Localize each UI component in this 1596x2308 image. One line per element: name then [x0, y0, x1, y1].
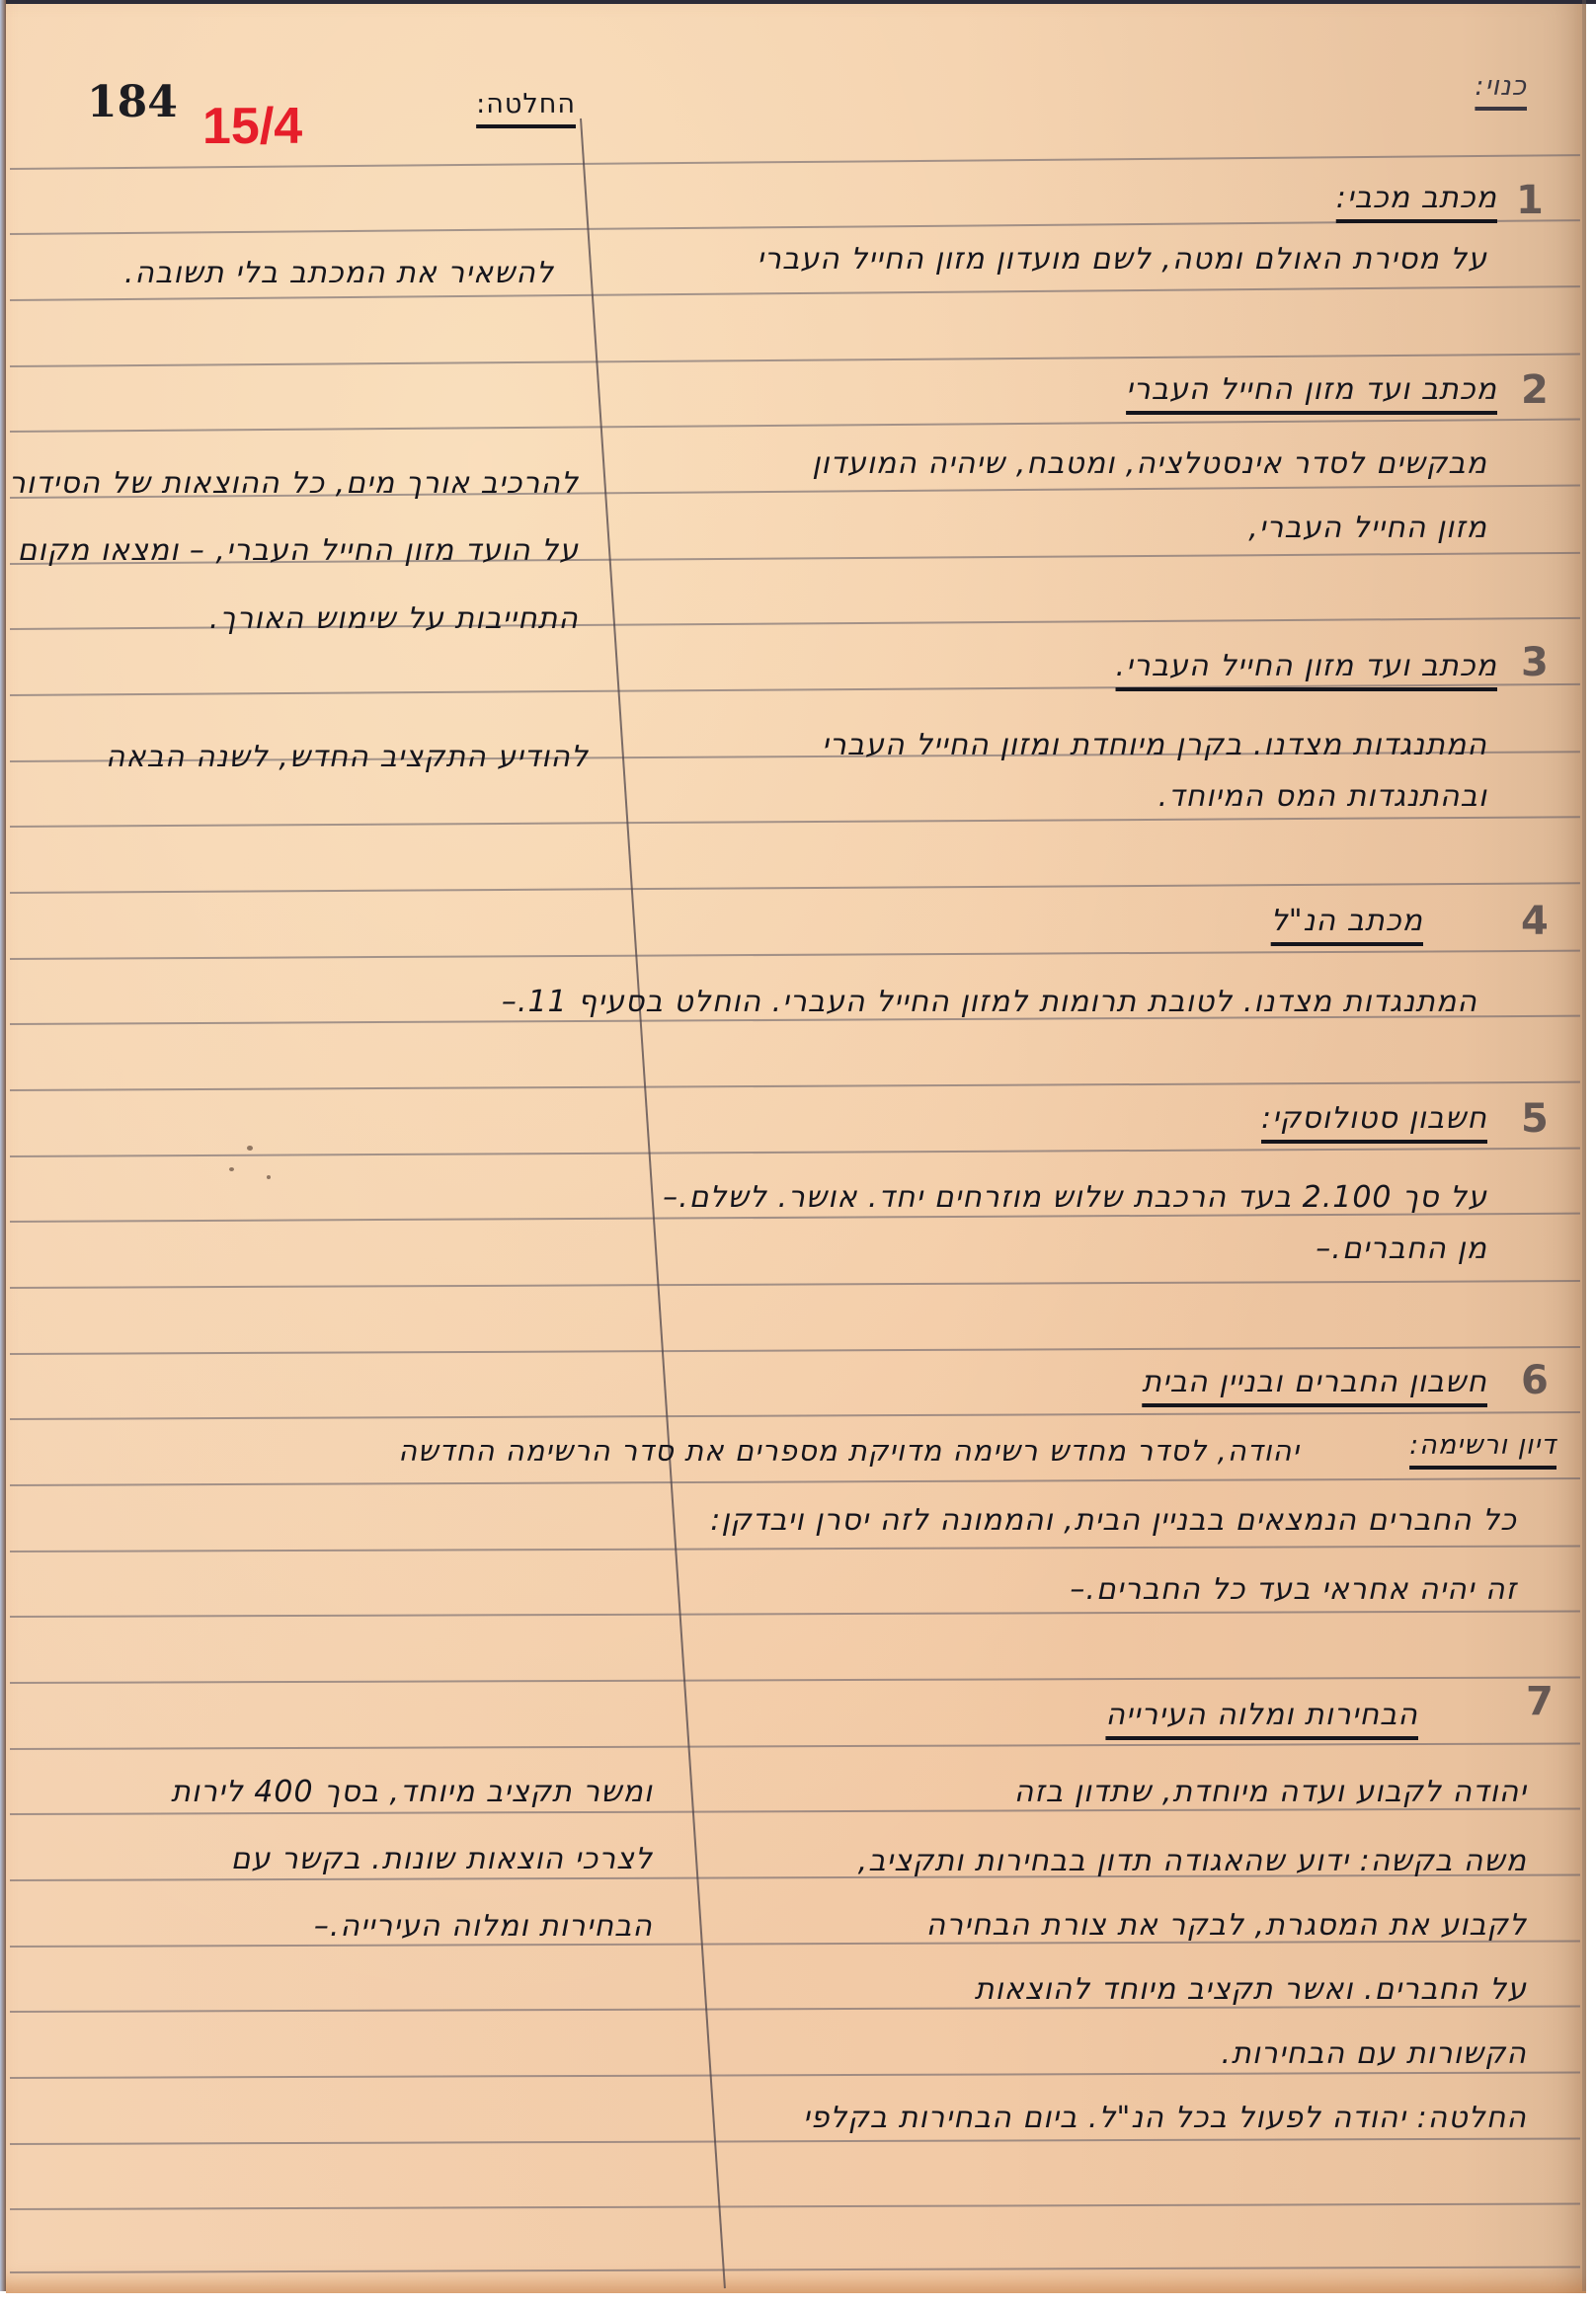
item-body-line: ובהתנגדות המס המיוחד. — [1158, 782, 1487, 812]
item-body-line: יהודה, לסדר מחדש רשימה מדויקת מספרים את … — [398, 1437, 1300, 1466]
item-title: מכתב ועד מזון החייל העברי. — [1116, 652, 1497, 681]
item-decision-line: להרכיב אורך מים, כל ההוצאות של הסידור — [9, 469, 579, 499]
ink-speck — [267, 1175, 271, 1179]
item-number: 7 — [1526, 1679, 1554, 1724]
item-decision-line: הבחירות ומלוה העירייה.– — [314, 1912, 653, 1942]
item-body-line: על סך 2.100 בעד הרכבת שלוש מוזרחים יחד. … — [663, 1183, 1487, 1213]
item-body-line: על החברים. ואשר תקציב מיוחד להוצאות — [975, 1975, 1527, 2005]
item-number: 6 — [1521, 1358, 1549, 1403]
page-number: 184 — [87, 77, 178, 127]
item-label: דיון ורשימה: — [1409, 1432, 1556, 1459]
item-body-line: הקשורות עם הבחירות. — [1221, 2039, 1527, 2069]
item-body-line: זה יהיה אחראי בעד כל החברים.– — [1070, 1575, 1517, 1605]
item-body-line: משה בקשה: ידוע שהאגודה תדון בבחירות ותקצ… — [858, 1847, 1527, 1876]
subject-column-header: כנוי: — [1475, 73, 1527, 100]
item-decision-line: התחייבות על שימוש האורך. — [209, 604, 579, 634]
item-number: 4 — [1521, 899, 1549, 944]
item-body-line: מבקשים לסדר אינסטלציה, ומטבח, שיהיה המוע… — [812, 449, 1487, 479]
item-body-line: המתנגדות מצדנו. בקרן מיוחדת ומזון החייל … — [822, 731, 1487, 760]
binding-edge — [1582, 0, 1586, 2291]
item-title: מכתב הנ"ל — [1271, 907, 1423, 936]
item-decision-line: להשאיר את המכתב בלי תשובה. — [124, 259, 554, 288]
item-number: 2 — [1521, 367, 1549, 413]
item-title: מכתב ועד מזון החייל העברי — [1126, 375, 1497, 405]
item-body-line: החלטה: יהודה לפעול בכל הנ"ל. ביום הבחירו… — [803, 2104, 1527, 2133]
item-body-line: על מסירת האולם ומטה, לשם מועדון מזון החי… — [757, 245, 1487, 275]
item-title: חשבון החברים ובניין הבית — [1142, 1368, 1487, 1397]
item-title: חשבון סטולוסקי: — [1261, 1104, 1487, 1134]
item-decision-line: על הועד מזון החייל העברי, – ומצאו מקום — [17, 536, 579, 566]
item-decision-line: לצרכי הוצאות שונות. בקשר עם — [231, 1845, 653, 1874]
item-decision-line: ומשר תקציב מיוחד, בסך 400 לירות — [171, 1778, 653, 1807]
item-body-line: מן החברים.– — [1316, 1234, 1487, 1264]
date-stamp: 15/4 — [202, 97, 302, 156]
ink-speck — [247, 1146, 253, 1151]
scan-left-edge — [0, 0, 6, 2291]
item-number: 5 — [1521, 1096, 1549, 1142]
item-number: 3 — [1521, 640, 1549, 685]
decision-column-header: החלטה: — [476, 91, 576, 118]
item-body-line: לקבוע את המסגרת, לבקר את צורת הבחירה — [926, 1911, 1527, 1941]
item-number: 1 — [1516, 178, 1544, 223]
item-body-line: כל החברים הנמצאים בבניין הבית, והממונה ל… — [710, 1506, 1517, 1536]
item-body-line: המתנגדות מצדנו. לטובת תרומות למזון החייל… — [502, 988, 1477, 1017]
item-title: מכתב מכבי: — [1336, 184, 1497, 213]
item-body-line: מזון החייל העברי, — [1248, 514, 1487, 543]
item-title: הבחירות ומלוה העירייה — [1105, 1701, 1418, 1730]
item-body-line: יהודה לקבוע ועדה מיוחדת, שתדון בזה — [1014, 1778, 1527, 1807]
item-decision-line: להודיע התקציב החדש, לשנה הבאה — [106, 743, 589, 772]
ink-speck — [229, 1167, 234, 1171]
